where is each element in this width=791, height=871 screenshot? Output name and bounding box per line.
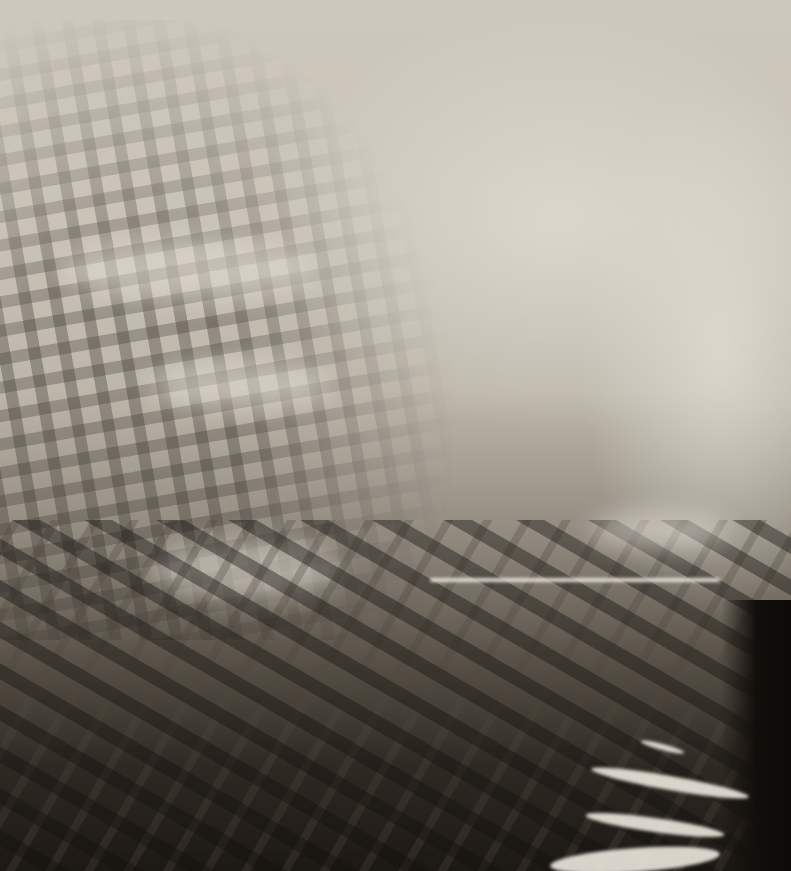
smoke-plume [60, 240, 320, 300]
dark-foreground-edge [721, 600, 791, 871]
light-glow [590, 510, 730, 550]
light-streak-horizontal [430, 578, 720, 582]
aerial-night-photograph [0, 0, 791, 871]
smoke-plume [150, 360, 330, 410]
city-rooftops [0, 520, 791, 871]
